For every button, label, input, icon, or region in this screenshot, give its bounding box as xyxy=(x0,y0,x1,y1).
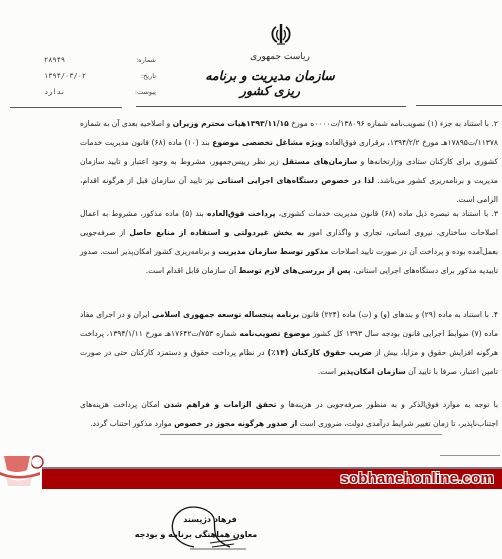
meta-label: شماره: xyxy=(126,56,156,64)
scan-underline xyxy=(440,455,500,456)
paragraph-text: است. xyxy=(318,367,339,376)
paragraph-bold: مذکور توسط سازمان مدیریت xyxy=(218,247,328,256)
watermark-site-text: sobhanehonline.com xyxy=(340,470,494,487)
paragraph-bold: ویژه مشاغل تخصصی موضوع xyxy=(212,138,322,147)
paragraph-text: با استناد به جزء (۱) تصویب‌نامه شماره ۱۳… xyxy=(289,119,489,128)
paragraph-bold: برنامه پنجساله توسعه جمهوری اسلامی xyxy=(152,310,299,319)
watermark-banner: sobhanehonline.com xyxy=(42,467,502,489)
paragraph-bold: پس از بررسی‌های لازم توسط xyxy=(238,266,350,275)
paragraph-item-4: ۴. با استناد به ماده (۲۹) و بندهای (و) و… xyxy=(80,305,498,381)
paragraph-bold: به بخش غیردولتی و استفاده از منابع حاصل xyxy=(129,228,304,237)
letter-attachment: ندارد xyxy=(44,88,65,96)
teacup-logo-icon xyxy=(0,448,48,488)
signatory-title: معاون هماهنگی برنامه و بودجه xyxy=(134,530,258,539)
paragraph-text: با استناد به تبصره ذیل ماده (۶۸) قانون م… xyxy=(275,209,488,218)
paragraph-bold: از صدور هرگونه مجوز در خصوص xyxy=(174,419,297,428)
meta-label: پیوست: xyxy=(126,88,156,96)
signatory-name: فرهاد دژپسند xyxy=(170,515,250,524)
header-divider xyxy=(416,105,502,106)
meta-row-number: شماره: ۲۸۹۴۹ xyxy=(44,52,156,68)
presidency-heading: ریاست جمهوری xyxy=(240,52,320,62)
paragraph-item-2: ۲. با استناد به جزء (۱) تصویب‌نامه شماره… xyxy=(80,114,498,209)
paragraph-item-3: ۳. با استناد به تبصره ذیل ماده (۶۸) قانو… xyxy=(80,204,498,280)
header-divider xyxy=(10,107,122,108)
iran-emblem-icon xyxy=(268,22,294,46)
paragraph-bold: سازمان امکان‌پذیر xyxy=(339,367,406,376)
paragraph-number: ۳. xyxy=(491,209,498,218)
letter-meta: شماره: ۲۸۹۴۹ تاریخ: ۱۳۹۴/۰۳/۰۲ پیوست: ند… xyxy=(44,52,156,100)
paragraph-bold: موضوع تصویب‌نامه xyxy=(240,329,311,338)
paragraph-bold: لذا در خصوص دستگاه‌های اجرایی استانی xyxy=(217,176,374,185)
closing-paragraph: با توجه به موارد فوق‌الذکر و به منظور صر… xyxy=(80,395,498,433)
paragraph-text: موارد مذکور احتناب گردد. xyxy=(90,419,174,428)
letter-date: ۱۳۹۴/۰۳/۰۲ xyxy=(44,72,86,80)
organization-title: سازمان مدیریت و برنامه ریزی کشور xyxy=(195,68,345,98)
paragraph-bold: ۱۳۹۳/۱۱/۱۵هیات محترم وزیران xyxy=(173,119,289,128)
paragraph-bold: ضریب حقوق کارکنان (۱۴٪) xyxy=(267,348,372,357)
header-divider xyxy=(136,106,406,107)
paragraph-text: آن سازمان قابل اقدام است. xyxy=(146,266,239,275)
meta-label: تاریخ: xyxy=(126,72,156,80)
paragraph-bold: سازمان‌های مستقل xyxy=(282,157,357,166)
paragraph-bold: تحقق الزامات و فراهم شدن xyxy=(164,400,277,409)
letter-number: ۲۸۹۴۹ xyxy=(44,56,65,64)
handwritten-signature-icon xyxy=(150,503,270,553)
meta-row-attachment: پیوست: ندارد xyxy=(44,84,156,100)
paragraph-text: با توجه به موارد فوق‌الذکر و به منظور صر… xyxy=(277,400,499,409)
meta-row-date: تاریخ: ۱۳۹۴/۰۳/۰۲ xyxy=(44,68,156,84)
paragraph-text: با استناد به ماده (۲۹) و بندهای (و) و (ت… xyxy=(299,310,489,319)
paragraph-number: ۴. xyxy=(491,310,498,319)
paragraph-bold: پرداخت فوق‌العاده xyxy=(207,209,276,218)
scan-underline xyxy=(160,434,442,435)
paragraph-number: ۲. xyxy=(491,119,498,128)
document-page: ریاست جمهوری سازمان مدیریت و برنامه ریزی… xyxy=(0,0,502,559)
